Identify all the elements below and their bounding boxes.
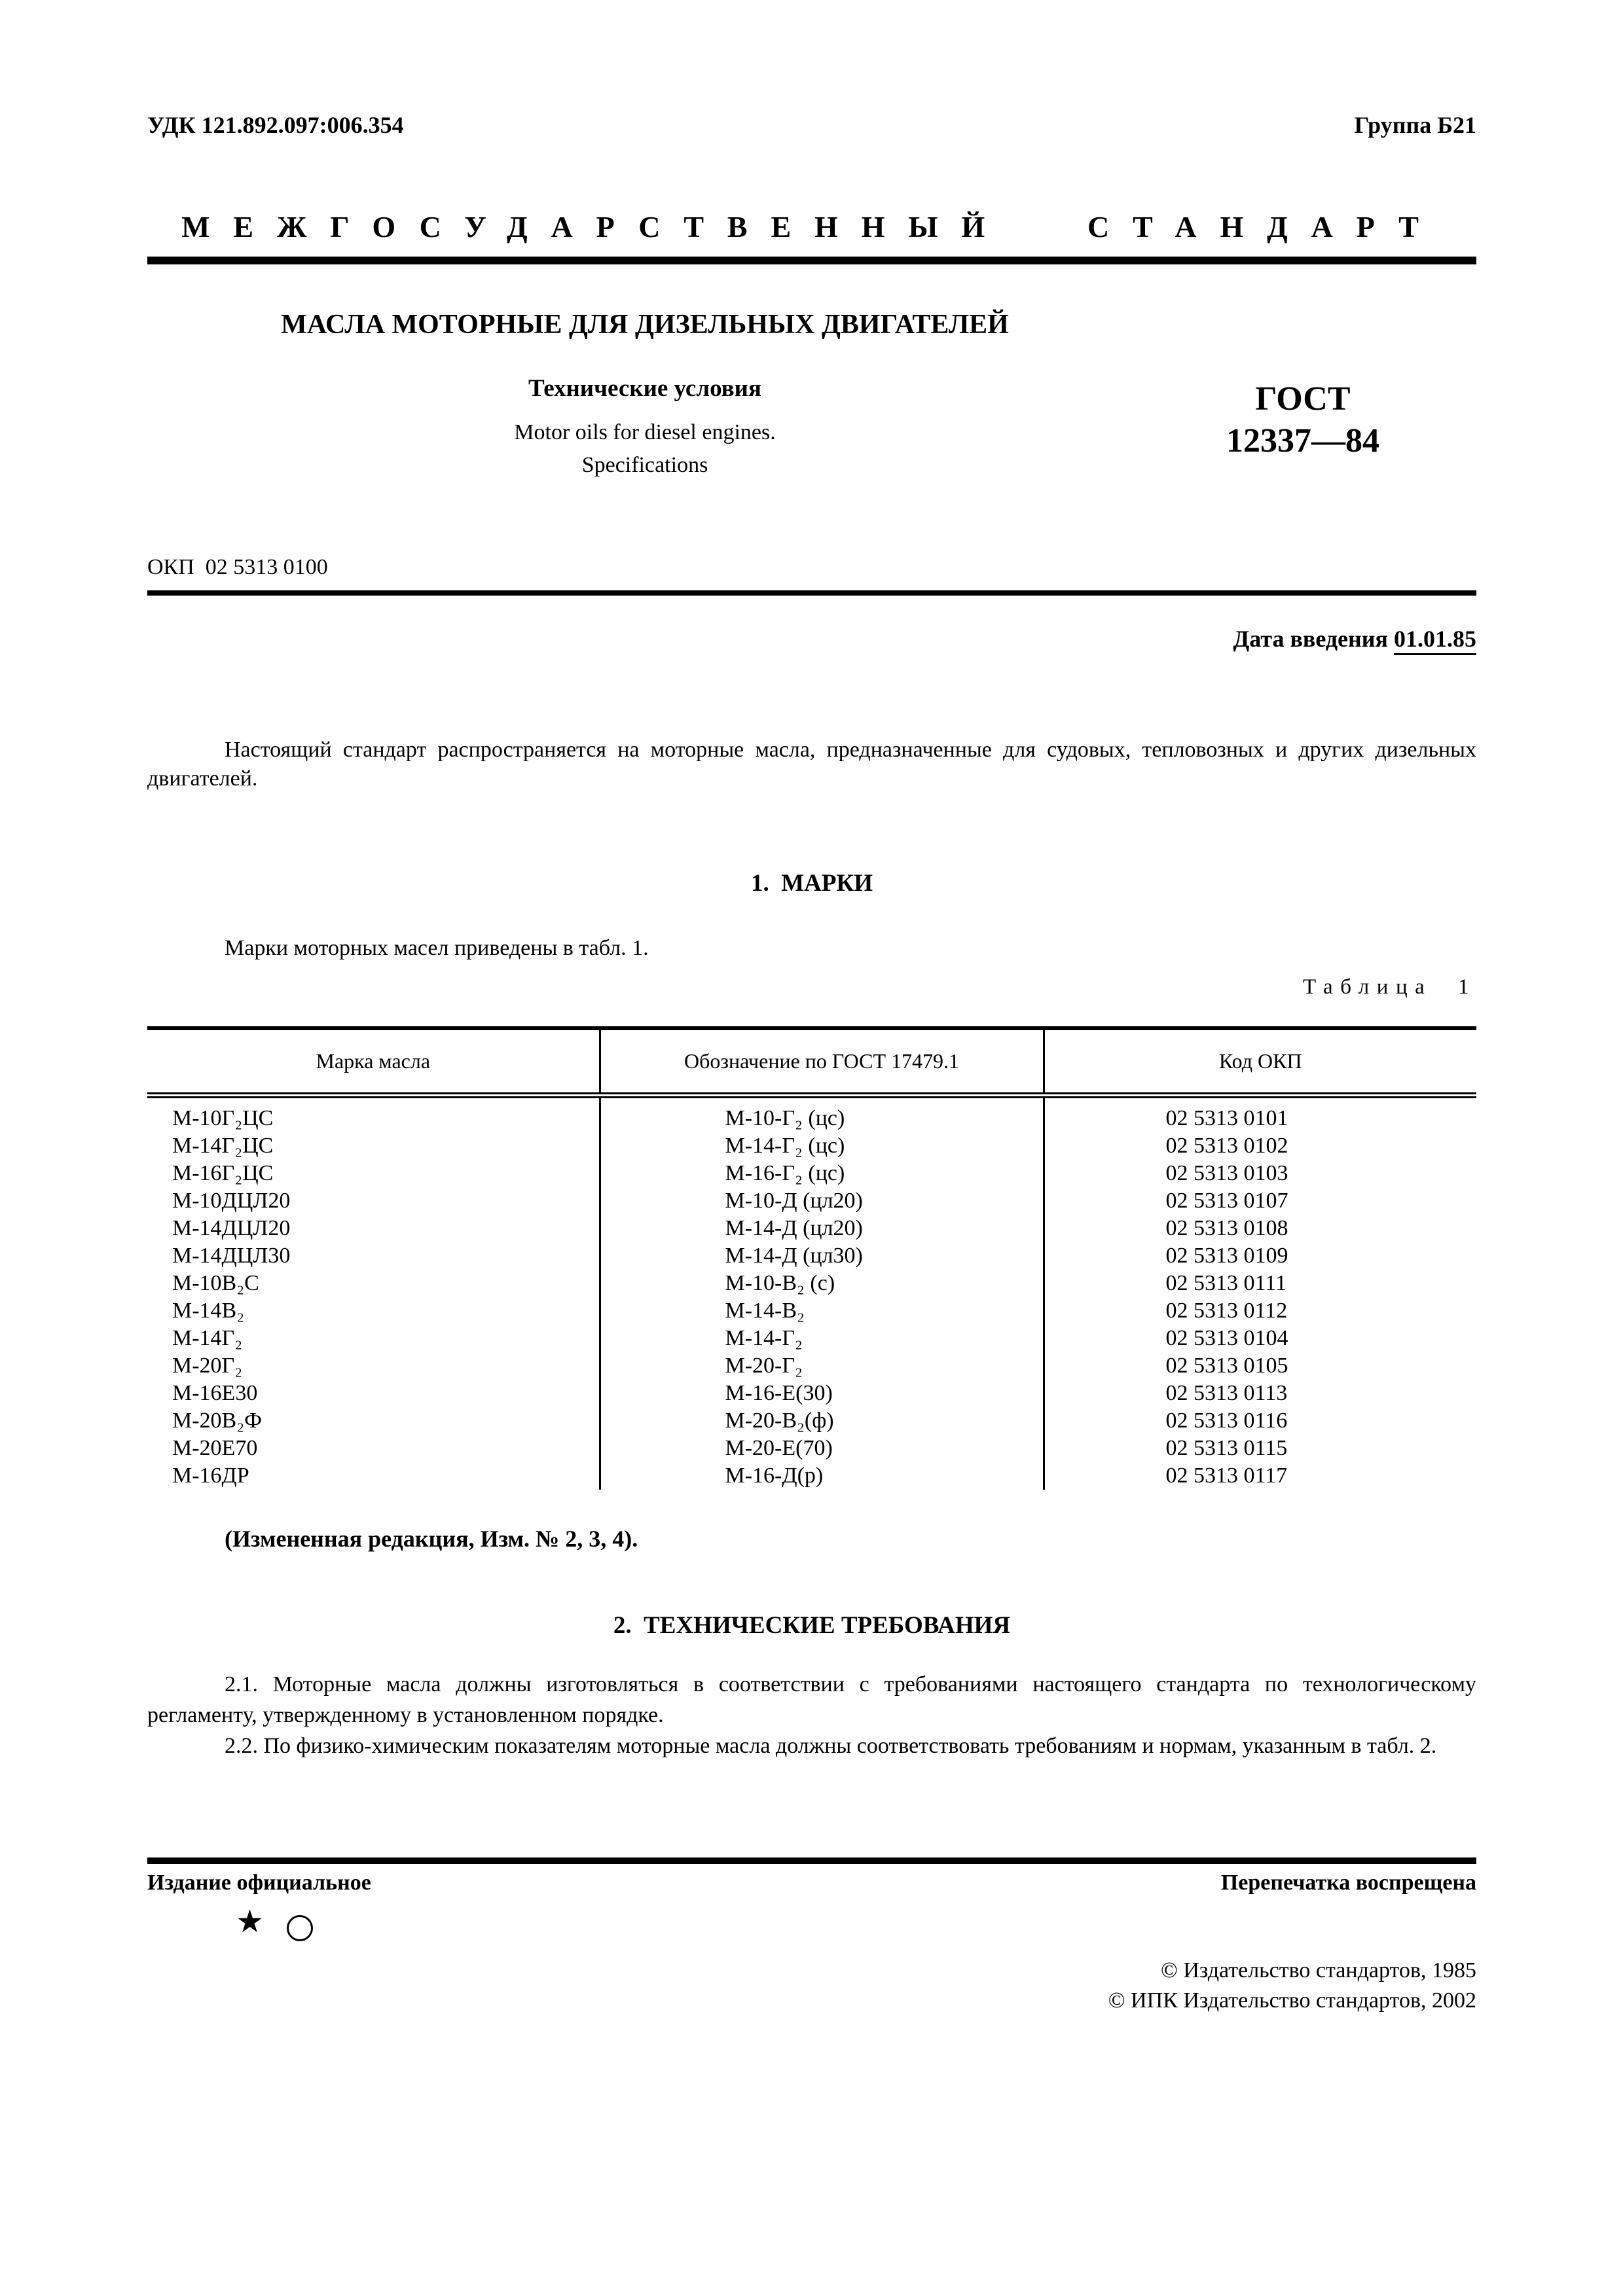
group-code: Группа Б21	[1355, 111, 1476, 139]
table-cell: 02 5313 0102	[1044, 1132, 1476, 1160]
table-cell: 02 5313 0104	[1044, 1325, 1476, 1352]
standard-type-banner: МЕЖГОСУДАРСТВЕННЫЙ СТАНДАРТ	[147, 209, 1476, 244]
table-row: М-20В₂ФМ-20-В₂(ф)02 5313 0116	[147, 1407, 1476, 1435]
table-row: М-14ДЦЛ20М-14-Д (цл20)02 5313 0108	[147, 1215, 1476, 1242]
table-cell: М-14-Г₂ (цс)	[600, 1132, 1044, 1160]
table-cell: М-16Г₂ЦС	[147, 1160, 600, 1187]
udk-code: УДК 121.892.097:006.354	[147, 111, 404, 139]
table-row: М-14В₂М-14-В₂02 5313 0112	[147, 1297, 1476, 1325]
table-cell: М-14ДЦЛ30	[147, 1242, 600, 1270]
official-edition-label: Издание официальное	[147, 1871, 371, 1895]
table-row: М-16ДРМ-16-Д(р)02 5313 0117	[147, 1462, 1476, 1490]
table-cell: М-14-В₂	[600, 1297, 1044, 1325]
table-row: М-16Е30М-16-Е(30)02 5313 0113	[147, 1380, 1476, 1407]
table-row: М-10Г₂ЦСМ-10-Г₂ (цс)02 5313 0101	[147, 1096, 1476, 1133]
table-cell: 02 5313 0116	[1044, 1407, 1476, 1435]
table-cell: М-16-Д(р)	[600, 1462, 1044, 1490]
table-row: М-20Г₂М-20-Г₂02 5313 0105	[147, 1352, 1476, 1380]
table-cell: М-10-В₂ (с)	[600, 1270, 1044, 1297]
table-row: М-14Г₂М-14-Г₂02 5313 0104	[147, 1325, 1476, 1352]
table-row: М-10В₂СМ-10-В₂ (с)02 5313 0111	[147, 1270, 1476, 1297]
introduction-date-row: Дата введения 01.01.85	[1233, 625, 1477, 653]
section2-heading: 2. ТЕХНИЧЕСКИЕ ТРЕБОВАНИЯ	[147, 1611, 1476, 1640]
table-cell: М-14ДЦЛ20	[147, 1215, 600, 1242]
top-classification-row: УДК 121.892.097:006.354 Группа Б21	[147, 111, 1476, 139]
table-cell: М-20Е70	[147, 1435, 600, 1462]
copyright-line-2002: © ИПК Издательство стандартов, 2002	[1108, 1986, 1476, 2016]
footer-rule	[147, 1857, 1476, 1864]
document-page: УДК 121.892.097:006.354 Группа Б21 МЕЖГО…	[0, 0, 1623, 2296]
table-cell: М-20В₂Ф	[147, 1407, 600, 1435]
col-header-mark: Марка масла	[147, 1028, 600, 1096]
footer-row: Издание официальное Перепечатка воспреще…	[147, 1871, 1476, 1895]
table-cell: М-14-Д (цл20)	[600, 1215, 1044, 1242]
table-cell: 02 5313 0103	[1044, 1160, 1476, 1187]
okp-rule	[147, 590, 1476, 596]
paragraph-2-2: 2.2. По физико-химическим показателям мо…	[147, 1731, 1476, 1761]
document-subtitle: Технические условия	[147, 374, 1142, 403]
copyright-block: © Издательство стандартов, 1985 © ИПК Из…	[1108, 1956, 1476, 2016]
table-row: М-10ДЦЛ20М-10-Д (цл20)02 5313 0107	[147, 1187, 1476, 1215]
table-cell: М-14-Г₂	[600, 1325, 1044, 1352]
table-cell: М-20-Е(70)	[600, 1435, 1044, 1462]
section1-heading: 1. МАРКИ	[147, 869, 1476, 897]
table-cell: М-14Г₂	[147, 1325, 600, 1352]
gost-label: ГОСТ	[1146, 378, 1460, 420]
date-label: Дата введения	[1233, 626, 1395, 652]
scope-paragraph: Настоящий стандарт распространяется на м…	[147, 736, 1476, 793]
table-cell: М-10-Д (цл20)	[600, 1187, 1044, 1215]
table-cell: 02 5313 0107	[1044, 1187, 1476, 1215]
title-english-line2: Specifications	[147, 453, 1142, 478]
table-cell: М-14В₂	[147, 1297, 600, 1325]
table-cell: 02 5313 0113	[1044, 1380, 1476, 1407]
table-cell: 02 5313 0101	[1044, 1096, 1476, 1133]
table-cell: 02 5313 0112	[1044, 1297, 1476, 1325]
table-cell: М-10ДЦЛ20	[147, 1187, 600, 1215]
table-cell: 02 5313 0117	[1044, 1462, 1476, 1490]
table-cell: М-16-Е(30)	[600, 1380, 1044, 1407]
copyright-line-1985: © Издательство стандартов, 1985	[1108, 1956, 1476, 1986]
table-row: М-16Г₂ЦСМ-16-Г₂ (цс)02 5313 0103	[147, 1160, 1476, 1187]
table-cell: М-16-Г₂ (цс)	[600, 1160, 1044, 1187]
table-cell: М-10В₂С	[147, 1270, 600, 1297]
table1-caption: Таблица 1	[1303, 975, 1476, 999]
table-row: М-14ДЦЛ30М-14-Д (цл30)02 5313 0109	[147, 1242, 1476, 1270]
table-cell: М-10-Г₂ (цс)	[600, 1096, 1044, 1133]
table-cell: М-10Г₂ЦС	[147, 1096, 600, 1133]
section1-body: Марки моторных масел приведены в табл. 1…	[147, 936, 1476, 961]
table-cell: М-20Г₂	[147, 1352, 600, 1380]
table-cell: М-20-Г₂	[600, 1352, 1044, 1380]
section2-paragraphs: 2.1. Моторные масла должны изготовляться…	[147, 1669, 1476, 1761]
banner-rule	[147, 257, 1476, 264]
table-cell: 02 5313 0111	[1044, 1270, 1476, 1297]
table-cell: М-20-В₂(ф)	[600, 1407, 1044, 1435]
table1-body: М-10Г₂ЦСМ-10-Г₂ (цс)02 5313 0101М-14Г₂ЦС…	[147, 1096, 1476, 1490]
table-cell: М-14Г₂ЦС	[147, 1132, 600, 1160]
oil-grades-table: Марка масла Обозначение по ГОСТ 17479.1 …	[147, 1026, 1476, 1490]
table-cell: М-16ДР	[147, 1462, 600, 1490]
document-title: МАСЛА МОТОРНЫЕ ДЛЯ ДИЗЕЛЬНЫХ ДВИГАТЕЛЕЙ	[147, 309, 1142, 340]
paragraph-2-1: 2.1. Моторные масла должны изготовляться…	[147, 1669, 1476, 1731]
date-value: 01.01.85	[1394, 626, 1476, 655]
table-cell: М-16Е30	[147, 1380, 600, 1407]
okp-code: ОКП 02 5313 0100	[147, 555, 328, 580]
gost-designation: ГОСТ 12337—84	[1146, 378, 1460, 462]
amendment-note: (Измененная редакция, Изм. № 2, 3, 4).	[147, 1525, 1476, 1552]
table-cell: 02 5313 0109	[1044, 1242, 1476, 1270]
gost-number: 12337—84	[1146, 420, 1460, 462]
col-header-designation: Обозначение по ГОСТ 17479.1	[600, 1028, 1044, 1096]
circle-icon	[287, 1915, 313, 1941]
table-cell: 02 5313 0105	[1044, 1352, 1476, 1380]
title-english-line1: Motor oils for diesel engines.	[147, 420, 1142, 445]
star-icon: ★	[236, 1906, 264, 1937]
table-header-row: Марка масла Обозначение по ГОСТ 17479.1 …	[147, 1028, 1476, 1096]
table-row: М-20Е70М-20-Е(70)02 5313 0115	[147, 1435, 1476, 1462]
table-row: М-14Г₂ЦСМ-14-Г₂ (цс)02 5313 0102	[147, 1132, 1476, 1160]
table-cell: 02 5313 0115	[1044, 1435, 1476, 1462]
reprint-prohibited-label: Перепечатка воспрещена	[1221, 1871, 1476, 1895]
table-cell: М-14-Д (цл30)	[600, 1242, 1044, 1270]
table-cell: 02 5313 0108	[1044, 1215, 1476, 1242]
col-header-okp: Код ОКП	[1044, 1028, 1476, 1096]
